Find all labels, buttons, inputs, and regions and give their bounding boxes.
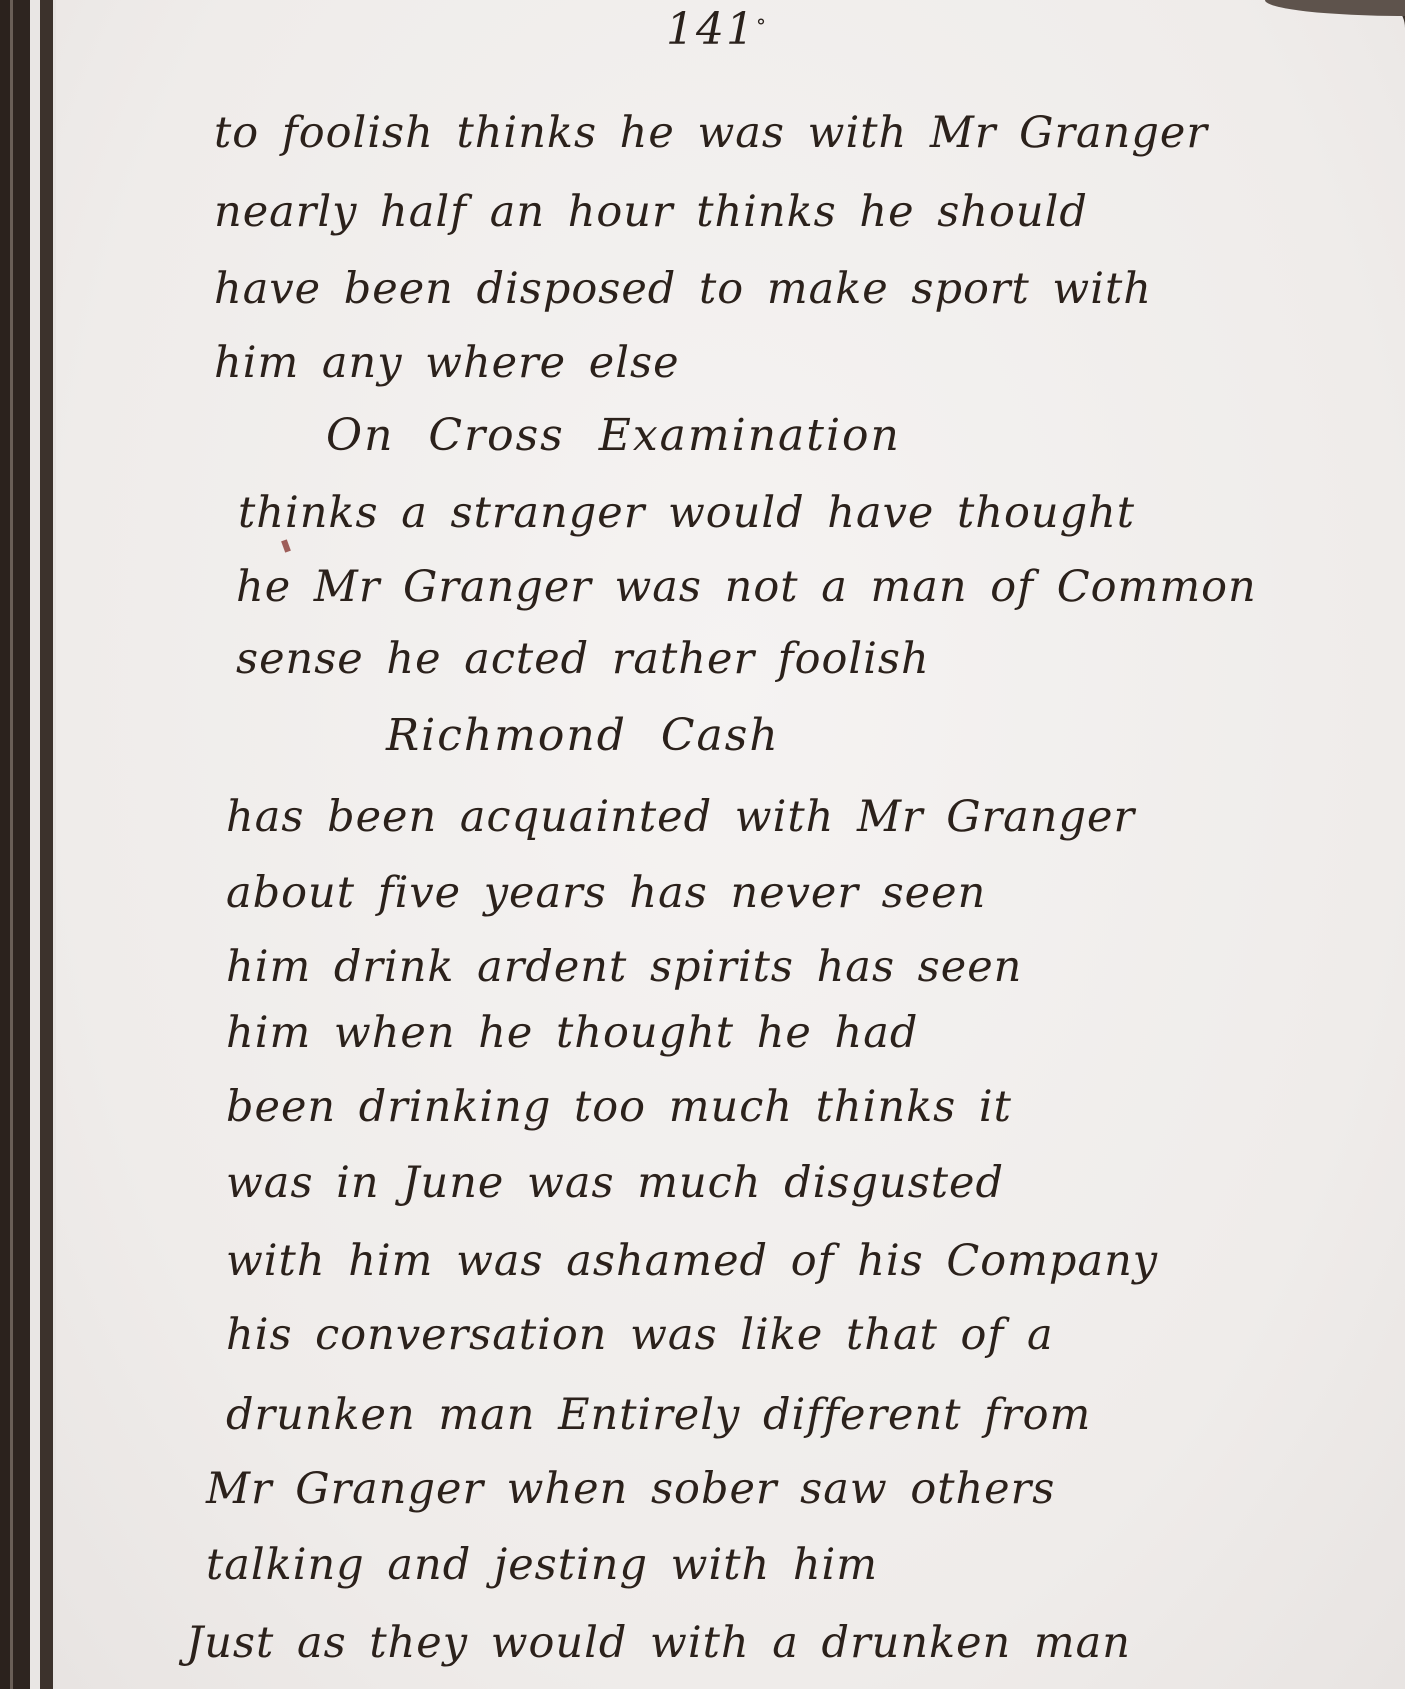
- section-heading-cross-examination: On Cross Examination: [326, 410, 901, 461]
- text-line: drunken man Entirely different from: [226, 1390, 1091, 1440]
- text-line: Just as they would with a drunken man: [186, 1618, 1131, 1668]
- book-binding-edge: [0, 0, 56, 1689]
- text-line: have been disposed to make sport with: [214, 264, 1152, 314]
- text-line: been drinking too much thinks it: [226, 1082, 1012, 1132]
- page-number-suffix: °: [756, 14, 766, 38]
- text-line: with him was ashamed of his Company: [226, 1236, 1158, 1286]
- text-line: was in June was much disgusted: [226, 1158, 1004, 1208]
- text-line: to foolish thinks he was with Mr Granger: [214, 108, 1208, 158]
- page-corner-shadow: [1265, 0, 1405, 16]
- text-line: talking and jesting with him: [206, 1540, 878, 1590]
- text-line: about five years has never seen: [226, 868, 986, 918]
- text-line: him drink ardent spirits has seen: [226, 942, 1022, 992]
- text-line: he Mr Granger was not a man of Common: [236, 562, 1257, 612]
- text-line: his conversation was like that of a: [226, 1310, 1054, 1360]
- text-line: him when he thought he had: [226, 1008, 918, 1058]
- text-line: Mr Granger when sober saw others: [206, 1464, 1055, 1514]
- text-line: has been acquainted with Mr Granger: [226, 792, 1135, 842]
- manuscript-scan: 141 ° to foolish thinks he was with Mr G…: [0, 0, 1405, 1689]
- text-line: nearly half an hour thinks he should: [214, 187, 1088, 237]
- text-line: thinks a stranger would have thought: [238, 488, 1135, 538]
- page-number: 141: [666, 4, 756, 55]
- section-heading-witness-name: Richmond Cash: [386, 710, 780, 761]
- text-line: sense he acted rather foolish: [236, 634, 930, 684]
- manuscript-page: 141 ° to foolish thinks he was with Mr G…: [56, 0, 1405, 1689]
- text-line: him any where else: [214, 338, 680, 388]
